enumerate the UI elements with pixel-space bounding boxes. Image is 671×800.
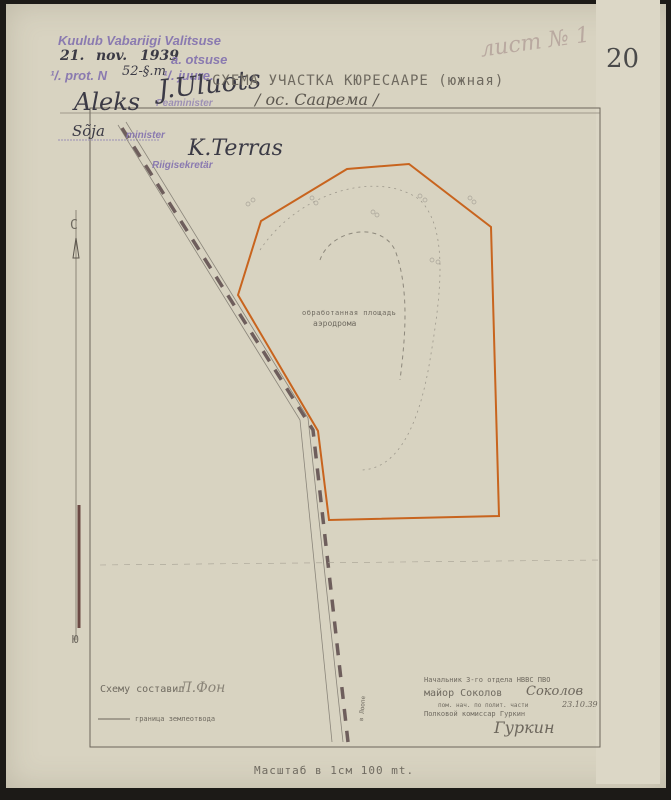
commissar-title: Полковой комиссар Гуркин (424, 710, 525, 718)
stamp-role-minister: minister (126, 130, 165, 141)
road-edge-left (118, 125, 332, 742)
north-label: С (70, 218, 78, 233)
secretary-signature: K.Terras (188, 136, 283, 161)
south-label: Ю (72, 633, 79, 646)
stamp-line1: Kuulub Vabariigi Valitsuse (58, 33, 221, 48)
chief-signature: Соколов (526, 684, 583, 699)
minister-signature: Aleks (74, 88, 140, 116)
contour-outer (260, 186, 440, 470)
aerodrome-boundary (238, 164, 499, 520)
road-edge-right (126, 122, 343, 742)
minister-name: Sõja (72, 122, 105, 140)
commissar-note: пом. нач. по полит. части (438, 702, 528, 709)
compiled-by-signature: Л.Фон (180, 680, 225, 696)
chief-name: майор Соколов (424, 688, 502, 699)
road-dashed (122, 128, 348, 742)
signing-date: 23.10.39 (562, 700, 598, 709)
map-scale: Масштаб в 1см 100 mt. (254, 764, 414, 777)
map-drawing (0, 0, 671, 800)
map-title: СХЕМА УЧАСТКА КЮРЕСААРЕ (южная) (212, 73, 504, 89)
stamp-date-day: 21. (60, 48, 84, 64)
legend-boundary-label: граница землеотвода (135, 715, 215, 723)
page-number: 20 (606, 44, 639, 74)
stamp-date-month: nov. (96, 48, 127, 64)
commissar-signature: Гуркин (494, 718, 555, 737)
stamp-role-secretary: Riigisekretär (152, 160, 213, 171)
stamp-line2-suffix: a. otsuse (171, 52, 227, 67)
contour-inner (320, 232, 405, 380)
area-label-line1: обработанная площадь (302, 309, 396, 317)
map-subtitle: / ос. Саарема / (255, 90, 379, 109)
chief-title: Начальник 3-го отдела НВВС ПВО (424, 676, 550, 684)
stamp-line3-prefix: ¹/. prot. N (50, 68, 107, 83)
compiled-by-label: Схему составил (100, 684, 184, 695)
area-label-line2: аэродрома (313, 319, 356, 328)
